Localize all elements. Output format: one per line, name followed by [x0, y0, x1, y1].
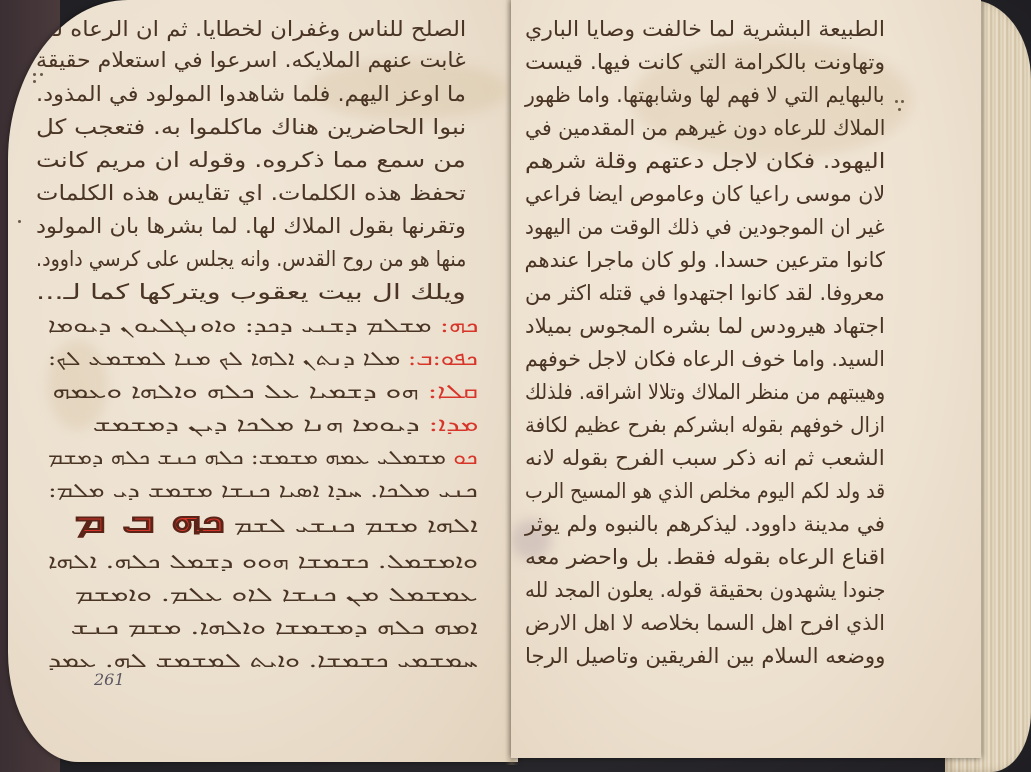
- text-line: غير ان الموجودين في ذلك الوقت من اليهود: [525, 214, 885, 240]
- text-line: اقناع الرعاه بقوله فقط. بل واحضر معه: [525, 544, 885, 570]
- text-line: ܘܐܡܫܡܠ. ܟܫܡܫܐ ܗܘܘ ܕܫܡܠ ܟܠܗ. ܐܠܗܐ: [48, 548, 478, 574]
- text-line: ܟܦܘ:ܒ: ܡܠܐ ܕܢܬܢ ܐܠܗܐ ܠܟ ܡܢܐ ܠܡܫܡܥ ܠܟ:: [48, 345, 478, 371]
- text-line: الطبيعة البشرية لما خالفت وصايا الباري: [525, 16, 885, 42]
- text-line: ܟܗ: ܡܫܠܡ ܕܫܢܝ ܕܟܕ: ܘܐܘܢܓܠܝܘܢ ܕܝܘܡܐ: [47, 312, 478, 338]
- left-page: الصلح للناس وغفران لخطايا. ثم ان الرعاه …: [8, 0, 518, 762]
- text-line: وتقرنها بقول الملاك لها. لما بشرها بان ا…: [36, 213, 466, 239]
- text-line: ܟܢܝ ܡܠܟܐ. ܚܕܐ ܐܣܝܐ ܟܢܫܐ ܡܫܡܫ ܕܝ ܡܠܡ:: [48, 477, 478, 503]
- text-line: قد ولد لكم اليوم مخلص الذي هو المسيح الر…: [525, 478, 885, 504]
- text-line: معروفا. لقد كانوا اجتهدوا في قتله اكثر م…: [525, 280, 885, 306]
- rubric: ܡܕܐ:: [428, 412, 478, 436]
- text-line: الصلح للناس وغفران لخطايا. ثم ان الرعاه …: [36, 16, 466, 42]
- text-line: ويلك ال بيت يعقوب ويتركها كما لـ...: [36, 279, 466, 305]
- syriac-text: ܡܫܡܠܝ ܥܡܗ ܡܫܡܫ: ܟܠܗ ܟܢܫ ܟܠܗ ܕܡܫܡ: [48, 445, 446, 469]
- text-line: ازال خوفهم بقوله ابشركم بفرح عظيم لكافة: [525, 412, 885, 438]
- syriac-text: ܕܝܘܡܐ ܗܢܐ ܡܠܟܐ ܕܝܢ ܕܡܫܡܫ: [92, 412, 419, 436]
- text-line: ܟܘ ܡܫܡܠܝ ܥܡܗ ܡܫܡܫ: ܟܠܗ ܟܢܫ ܟܠܗ ܕܡܫܡ: [48, 444, 478, 470]
- syriac-text: ܟܢܝ ܡܠܟܐ. ܚܕܐ ܐܣܝܐ ܟܢܫܐ ܡܫܡܫ ܕܝ ܡܠܡ:: [48, 478, 478, 502]
- text-line: غابت عنهم الملايكه. اسرعوا في استعلام حق…: [36, 47, 466, 73]
- text-line: منها هو من روح القدس. وانه يجلس على كرسي…: [36, 246, 466, 272]
- text-line: السيد. واما خوف الرعاه فكان لاجل خوفهم: [525, 346, 885, 372]
- text-line: تحفظ هذه الكلمات. اي تقايس هذه الكلمات: [36, 180, 466, 206]
- rubric: ܟܘ: [454, 445, 478, 469]
- rubric: ܟܗ:: [440, 313, 478, 337]
- text-line: من سمع مما ذكروه. وقوله ان مريم كانت: [36, 147, 466, 173]
- speck: [901, 100, 904, 103]
- syriac-text: ܡܫܠܡ ܕܫܢܝ ܕܟܕ: ܘܐܘܢܓܠܝܘܢ ܕܝܘܡܐ: [47, 313, 431, 337]
- text-line: لان موسى راعيا كان وعاموص ايضا فراعي: [525, 181, 885, 207]
- speck: [895, 100, 898, 103]
- rubric: ܟܦܘ:ܒ:: [408, 346, 478, 370]
- syriac-text: ܗܘ ܕܫܡܝܐ ܥܠ ܟܠܗ ܘܐܠܗܐ ܘܥܡܗ: [52, 379, 418, 403]
- speck: [18, 220, 21, 223]
- text-line: ܐܡܗ ܟܠܗ ܕܡܫܡܫܐ ܘܐܠܗܐ. ܡܫܡ ܟܢܫ: [71, 614, 478, 640]
- text-line: الذي افرح اهل السما بخلاصه لا اهل الارض: [525, 610, 885, 636]
- folio-number: 261: [94, 670, 125, 689]
- text-line: كانوا مترعين حسدا. ولو كان ماجرا عندهم: [525, 247, 885, 273]
- large-rubric-initial: ܟܗ ܒ ܡ: [75, 501, 225, 541]
- text-line: اجتهاد هيرودس لما بشره المجوس بميلاد: [525, 313, 885, 339]
- text-line: ووضعه السلام بين الفريقين وتاصيل الرجا: [525, 643, 885, 669]
- speck: [898, 108, 901, 111]
- text-line: ܡܕܐ: ܕܝܘܡܐ ܗܢܐ ܡܠܟܐ ܕܝܢ ܕܡܫܡܫ: [92, 411, 478, 437]
- syriac-text: ܐܠܗܐ ܡܫܡ ܟܢܫܝ ܠܫܡ: [234, 513, 478, 537]
- text-line: الملاك للرعاه دون غيرهم من المقدمين في: [525, 115, 885, 141]
- text-line: ܐܠܗܐ ܡܫܡ ܟܢܫܝ ܠܫܡ ܟܗ ܒ ܡ: [75, 508, 478, 538]
- text-line: وهيبتهم من منظر الملاك وتلالا اشراقه. فل…: [525, 379, 885, 405]
- text-line: ܥܡܫܡܠ ܡܢ ܟܢܫܐ ܠܐܘ ܥܠܡ. ܘܐܡܫܡ: [75, 581, 478, 607]
- text-line: في مدينة داوود. ليذكرهم بالنبوه ولم يوثر: [525, 511, 885, 537]
- text-line: جنودا يشهدون بحقيقة قوله. يعلون المجد لل…: [525, 577, 885, 603]
- text-line: وتهاونت بالكرامة التي كانت فيها. قيست: [525, 49, 885, 75]
- text-line: الشعب ثم انه ذكر سبب الفرح بقوله لانه: [525, 445, 885, 471]
- right-page: الطبيعة البشرية لما خالفت وصايا الباري و…: [511, 0, 981, 758]
- rubric: ܩܠܐ:: [428, 379, 478, 403]
- text-line: نبوا الحاضرين هناك ماكلموا به. فتعجب كل: [36, 114, 466, 140]
- syriac-text: ܡܠܐ ܕܢܬܢ ܐܠܗܐ ܠܟ ܡܢܐ ܠܡܫܡܥ ܠܟ:: [48, 346, 400, 370]
- text-line: اليهود. فكان لاجل دعتهم وقلة شرهم: [525, 148, 885, 174]
- speck: [40, 73, 43, 76]
- text-line: ما اوعز اليهم. فلما شاهدوا المولود في ال…: [36, 81, 466, 107]
- text-line: بالبهايم التي لا فهم لها وشابهتها. واما …: [525, 82, 885, 108]
- speck: [33, 73, 36, 76]
- text-line: ܩܠܐ: ܗܘ ܕܫܡܝܐ ܥܠ ܟܠܗ ܘܐܠܗܐ ܘܥܡܗ: [52, 378, 478, 404]
